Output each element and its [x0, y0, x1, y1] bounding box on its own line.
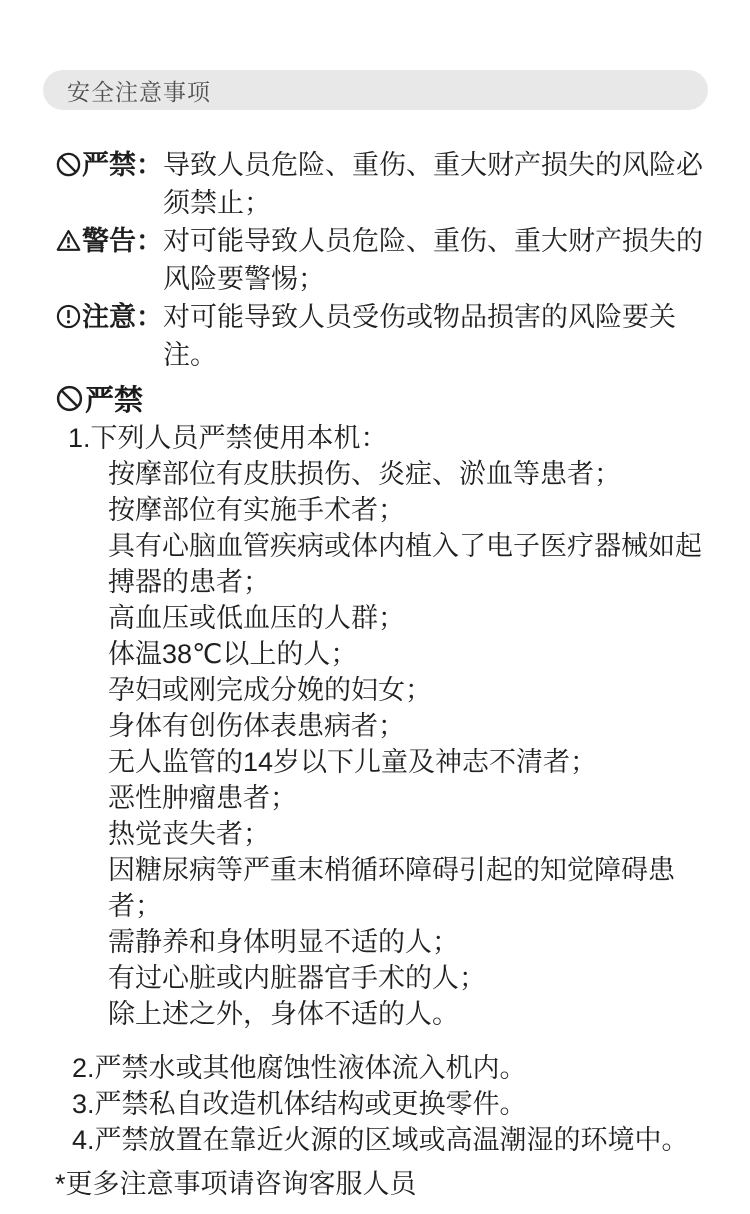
- prohibit-icon: [55, 151, 82, 178]
- prohibited-item-1: 1.下列人员严禁使用本机： 按摩部位有皮肤损伤、炎症、淤血等患者； 按摩部位有实…: [68, 420, 720, 1032]
- definition-row-warning: 警告： 对可能导致人员危险、重伤、重大财产损失的风险要警惕；: [55, 222, 714, 298]
- attention-icon: [55, 303, 82, 330]
- list-item: 按摩部位有实施手术者；: [108, 492, 720, 528]
- definition-row-attention: 注意： 对可能导致人员受伤或物品损害的风险要关注。: [55, 298, 714, 374]
- prohibit-icon: [55, 384, 84, 413]
- list-item: 无人监管的14岁以下儿童及神志不清者；: [108, 744, 720, 780]
- list-item: 需静养和身体明显不适的人；: [108, 924, 720, 960]
- list-item: 身体有创伤体表患病者；: [108, 708, 720, 744]
- list-item: 按摩部位有皮肤损伤、炎症、淤血等患者；: [108, 456, 720, 492]
- definition-term: 严禁：: [82, 146, 163, 184]
- list-item: 高血压或低血压的人群；: [108, 600, 720, 636]
- item-number: 2.: [72, 1053, 95, 1083]
- prohibited-item-3: 3.严禁私自改造机体结构或更换零件。: [72, 1086, 720, 1122]
- item-number: 4.: [72, 1125, 95, 1155]
- item-text: 严禁放置在靠近火源的区域或高温潮湿的环境中。: [95, 1125, 689, 1155]
- definition-head: 注意：: [55, 298, 163, 336]
- definition-term: 警告：: [82, 222, 163, 260]
- item-number: 3.: [72, 1089, 95, 1119]
- list-item: 热觉丧失者；: [108, 816, 720, 852]
- prohibited-item-4: 4.严禁放置在靠近火源的区域或高温潮湿的环境中。: [72, 1122, 720, 1158]
- prohibited-items-2-4: 2.严禁水或其他腐蚀性液体流入机内。 3.严禁私自改造机体结构或更换零件。 4.…: [72, 1050, 720, 1158]
- definition-head: 严禁：: [55, 146, 163, 184]
- definition-text: 导致人员危险、重伤、重大财产损失的风险必须禁止；: [163, 146, 714, 222]
- footnote: *更多注意事项请咨询客服人员: [55, 1166, 750, 1202]
- page-title: 安全注意事项: [67, 74, 211, 107]
- prohibited-item-2: 2.严禁水或其他腐蚀性液体流入机内。: [72, 1050, 720, 1086]
- section-title-bar: 安全注意事项: [43, 70, 708, 110]
- item-number: 1.: [68, 423, 91, 453]
- definition-row-prohibit: 严禁： 导致人员危险、重伤、重大财产损失的风险必须禁止；: [55, 146, 714, 222]
- prohibited-people-list: 按摩部位有皮肤损伤、炎症、淤血等患者； 按摩部位有实施手术者； 具有心脑血管疾病…: [108, 456, 720, 1032]
- prohibited-section-title: 严禁: [85, 378, 143, 419]
- definitions-block: 严禁： 导致人员危险、重伤、重大财产损失的风险必须禁止； 警告： 对可能导致人员…: [55, 146, 714, 374]
- list-item: 具有心脑血管疾病或体内植入了电子医疗器械如起搏器的患者；: [108, 528, 720, 600]
- list-item: 因糖尿病等严重末梢循环障碍引起的知觉障碍患者；: [108, 852, 720, 924]
- item-text: 下列人员严禁使用本机：: [91, 423, 388, 453]
- prohibited-section: 严禁 1.下列人员严禁使用本机： 按摩部位有皮肤损伤、炎症、淤血等患者； 按摩部…: [55, 376, 720, 1158]
- definition-head: 警告：: [55, 222, 163, 260]
- definition-text: 对可能导致人员受伤或物品损害的风险要关注。: [163, 298, 714, 374]
- list-item: 体温38℃以上的人；: [108, 636, 720, 672]
- list-item: 除上述之外，身体不适的人。: [108, 996, 720, 1032]
- prohibited-section-header: 严禁: [55, 376, 720, 420]
- item-text: 严禁水或其他腐蚀性液体流入机内。: [95, 1053, 527, 1083]
- list-item: 恶性肿瘤患者；: [108, 780, 720, 816]
- list-item: 孕妇或刚完成分娩的妇女；: [108, 672, 720, 708]
- definition-text: 对可能导致人员危险、重伤、重大财产损失的风险要警惕；: [163, 222, 714, 298]
- warning-icon: [55, 227, 82, 254]
- list-item: 有过心脏或内脏器官手术的人；: [108, 960, 720, 996]
- item-text: 严禁私自改造机体结构或更换零件。: [95, 1089, 527, 1119]
- definition-term: 注意：: [82, 298, 163, 336]
